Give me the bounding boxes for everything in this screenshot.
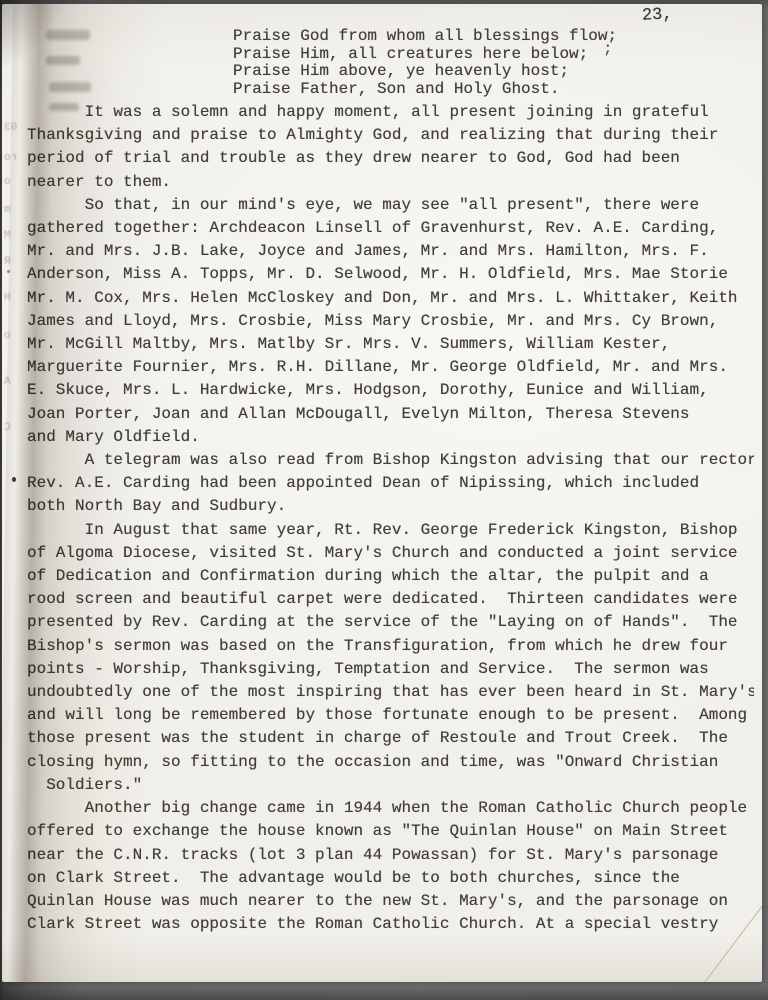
- margin-ghost-marks: 03roomMRHoAC: [2, 4, 20, 982]
- text-line: Mr. McGill Maltby, Mrs. Matlby Sr. Mrs. …: [27, 333, 754, 356]
- ghost-mark: H: [4, 292, 11, 304]
- ghost-mark: C: [4, 422, 11, 434]
- text-line: Joan Porter, Joan and Allan McDougall, E…: [27, 403, 754, 426]
- ghost-mark: R: [4, 256, 11, 268]
- ghost-bleedthrough: [49, 82, 91, 92]
- text-line: Mr. M. Cox, Mrs. Helen McCloskey and Don…: [27, 287, 754, 310]
- ink-speck: [7, 270, 10, 273]
- text-line: Thanksgiving and praise to Almighty God,…: [27, 124, 754, 147]
- hymn-verse: Praise God from whom all blessings flow;…: [233, 28, 617, 98]
- ghost-bleedthrough: [46, 56, 80, 65]
- text-line: Quinlan House was much nearer to the new…: [27, 890, 754, 913]
- text-line: those present was the student in charge …: [27, 727, 754, 750]
- ghost-mark: 03: [4, 122, 17, 134]
- text-line: So that, in our mind's eye, we may see "…: [27, 194, 754, 217]
- text-line: Clark Street was opposite the Roman Cath…: [27, 913, 754, 936]
- ghost-mark: A: [4, 376, 11, 388]
- text-line: and Mary Oldfield.: [27, 426, 754, 449]
- text-line: rood screen and beautiful carpet were de…: [27, 588, 754, 611]
- text-line: Rev. A.E. Carding had been appointed Dea…: [27, 472, 754, 495]
- text-line: It was a solemn and happy moment, all pr…: [27, 101, 754, 124]
- text-line: Marguerite Fournier, Mrs. R.H. Dillane, …: [27, 356, 754, 379]
- ghost-mark: ro: [4, 152, 17, 164]
- ink-speck: [12, 477, 16, 482]
- text-line: nearer to them.: [27, 171, 754, 194]
- text-line: undoubtedly one of the most inspiring th…: [27, 681, 754, 704]
- body-text: It was a solemn and happy moment, all pr…: [27, 101, 754, 936]
- text-line: both North Bay and Sudbury.: [27, 495, 754, 518]
- text-line: James and Lloyd, Mrs. Crosbie, Miss Mary…: [27, 310, 754, 333]
- ghost-mark: o: [4, 176, 11, 188]
- text-line: and will long be remembered by those for…: [27, 704, 754, 727]
- hymn-line: Praise God from whom all blessings flow;: [233, 28, 617, 46]
- text-line: Bishop's sermon was based on the Transfi…: [27, 635, 754, 658]
- ghost-bleedthrough: [46, 30, 90, 40]
- hymn-line: Praise Father, Son and Holy Ghost.: [233, 81, 617, 99]
- hymn-line: Praise Him, all creatures here below;: [233, 46, 617, 64]
- text-line: near the C.N.R. tracks (lot 3 plan 44 Po…: [27, 844, 754, 867]
- page-number: 23,: [642, 5, 674, 26]
- text-line: period of trial and trouble as they drew…: [27, 147, 754, 170]
- hymn-line: Praise Him above, ye heavenly host;: [233, 63, 617, 81]
- text-line: Another big change came in 1944 when the…: [27, 797, 754, 820]
- text-line: of Algoma Diocese, visited St. Mary's Ch…: [27, 542, 754, 565]
- ghost-mark: m: [4, 204, 11, 216]
- scanned-document-page: 03roomMRHoAC 23, ; Praise God from whom …: [0, 0, 768, 1000]
- text-line: on Clark Street. The advantage would be …: [27, 867, 754, 890]
- text-line: presented by Rev. Carding at the service…: [27, 611, 754, 634]
- text-line: Soldiers.": [27, 774, 754, 797]
- paper-sheet: 03roomMRHoAC 23, ; Praise God from whom …: [2, 4, 762, 982]
- text-line: In August that same year, Rt. Rev. Georg…: [27, 519, 754, 542]
- text-line: closing hymn, so fitting to the occasion…: [27, 751, 754, 774]
- text-line: of Dedication and Confirmation during wh…: [27, 565, 754, 588]
- text-line: points - Worship, Thanksgiving, Temptati…: [27, 658, 754, 681]
- text-line: gathered together: Archdeacon Linsell of…: [27, 217, 754, 240]
- text-line: A telegram was also read from Bishop Kin…: [27, 449, 754, 472]
- text-line: Anderson, Miss A. Topps, Mr. D. Selwood,…: [27, 263, 754, 286]
- ghost-mark: M: [4, 230, 11, 242]
- text-line: Mr. and Mrs. J.B. Lake, Joyce and James,…: [27, 240, 754, 263]
- text-line: offered to exchange the house known as "…: [27, 820, 754, 843]
- ghost-mark: o: [4, 330, 11, 342]
- text-line: E. Skuce, Mrs. L. Hardwicke, Mrs. Hodgso…: [27, 379, 754, 402]
